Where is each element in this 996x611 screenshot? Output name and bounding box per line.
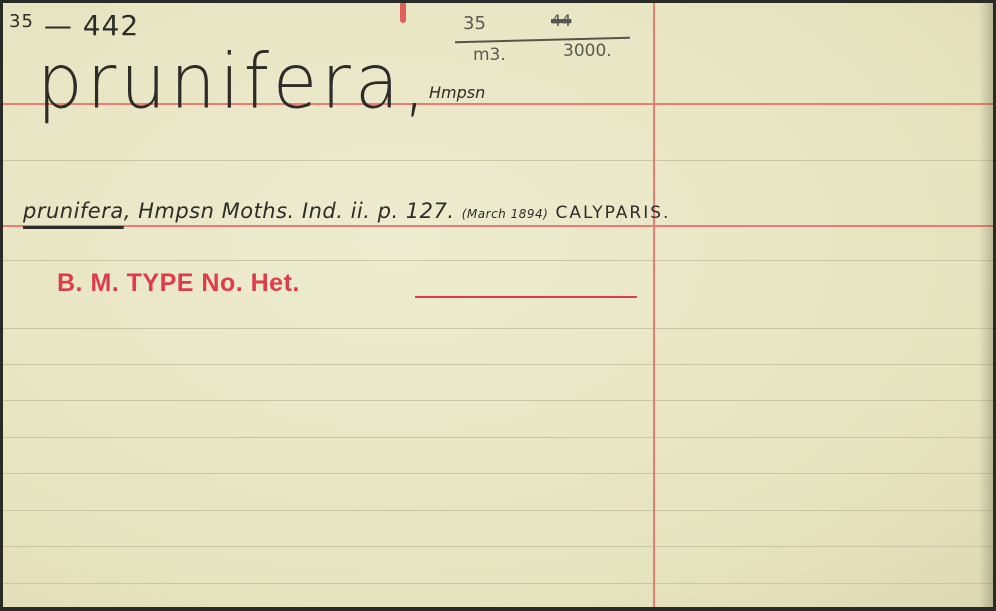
red-tab-mark — [400, 3, 406, 23]
reference-species: prunifera — [23, 199, 124, 223]
red-margin-line — [653, 3, 655, 607]
ruled-line — [3, 473, 993, 474]
ruled-line — [3, 437, 993, 438]
reference-genus: CALYPARIS. — [556, 203, 671, 223]
ruled-line — [3, 583, 993, 584]
ruled-line — [3, 400, 993, 401]
species-title: prunifera, — [37, 37, 430, 125]
ruled-line — [3, 546, 993, 547]
reference-date: (March 1894) — [462, 207, 549, 221]
ruled-line — [3, 510, 993, 511]
fraction-top-struck: 44 — [551, 11, 571, 30]
bm-type-label: B. M. TYPE No. Het. — [57, 269, 300, 298]
reference-author: , Hmpsn — [124, 199, 215, 223]
ruled-line — [3, 364, 993, 365]
fraction-top: 35 — [463, 13, 486, 34]
fraction-bottom-left: m3. — [473, 45, 506, 65]
card-edge-shadow — [979, 3, 993, 607]
ruled-line — [3, 260, 993, 261]
red-ruled-line-reference — [3, 225, 993, 227]
ruled-line — [3, 160, 993, 161]
fraction-bottom-right: 3000. — [563, 41, 612, 61]
species-author: Hmpsn — [429, 83, 485, 102]
index-card: 35 — 442 prunifera, Hmpsn 35 44 m3. 3000… — [3, 3, 993, 607]
ruled-line — [3, 328, 993, 329]
reference-publication: Moths. Ind. ii. p. 127. — [222, 199, 455, 223]
reference-line: prunifera, Hmpsn Moths. Ind. ii. p. 127.… — [23, 199, 670, 223]
catalog-number-prefix: 35 — [9, 11, 34, 32]
type-number-blank — [415, 296, 637, 298]
